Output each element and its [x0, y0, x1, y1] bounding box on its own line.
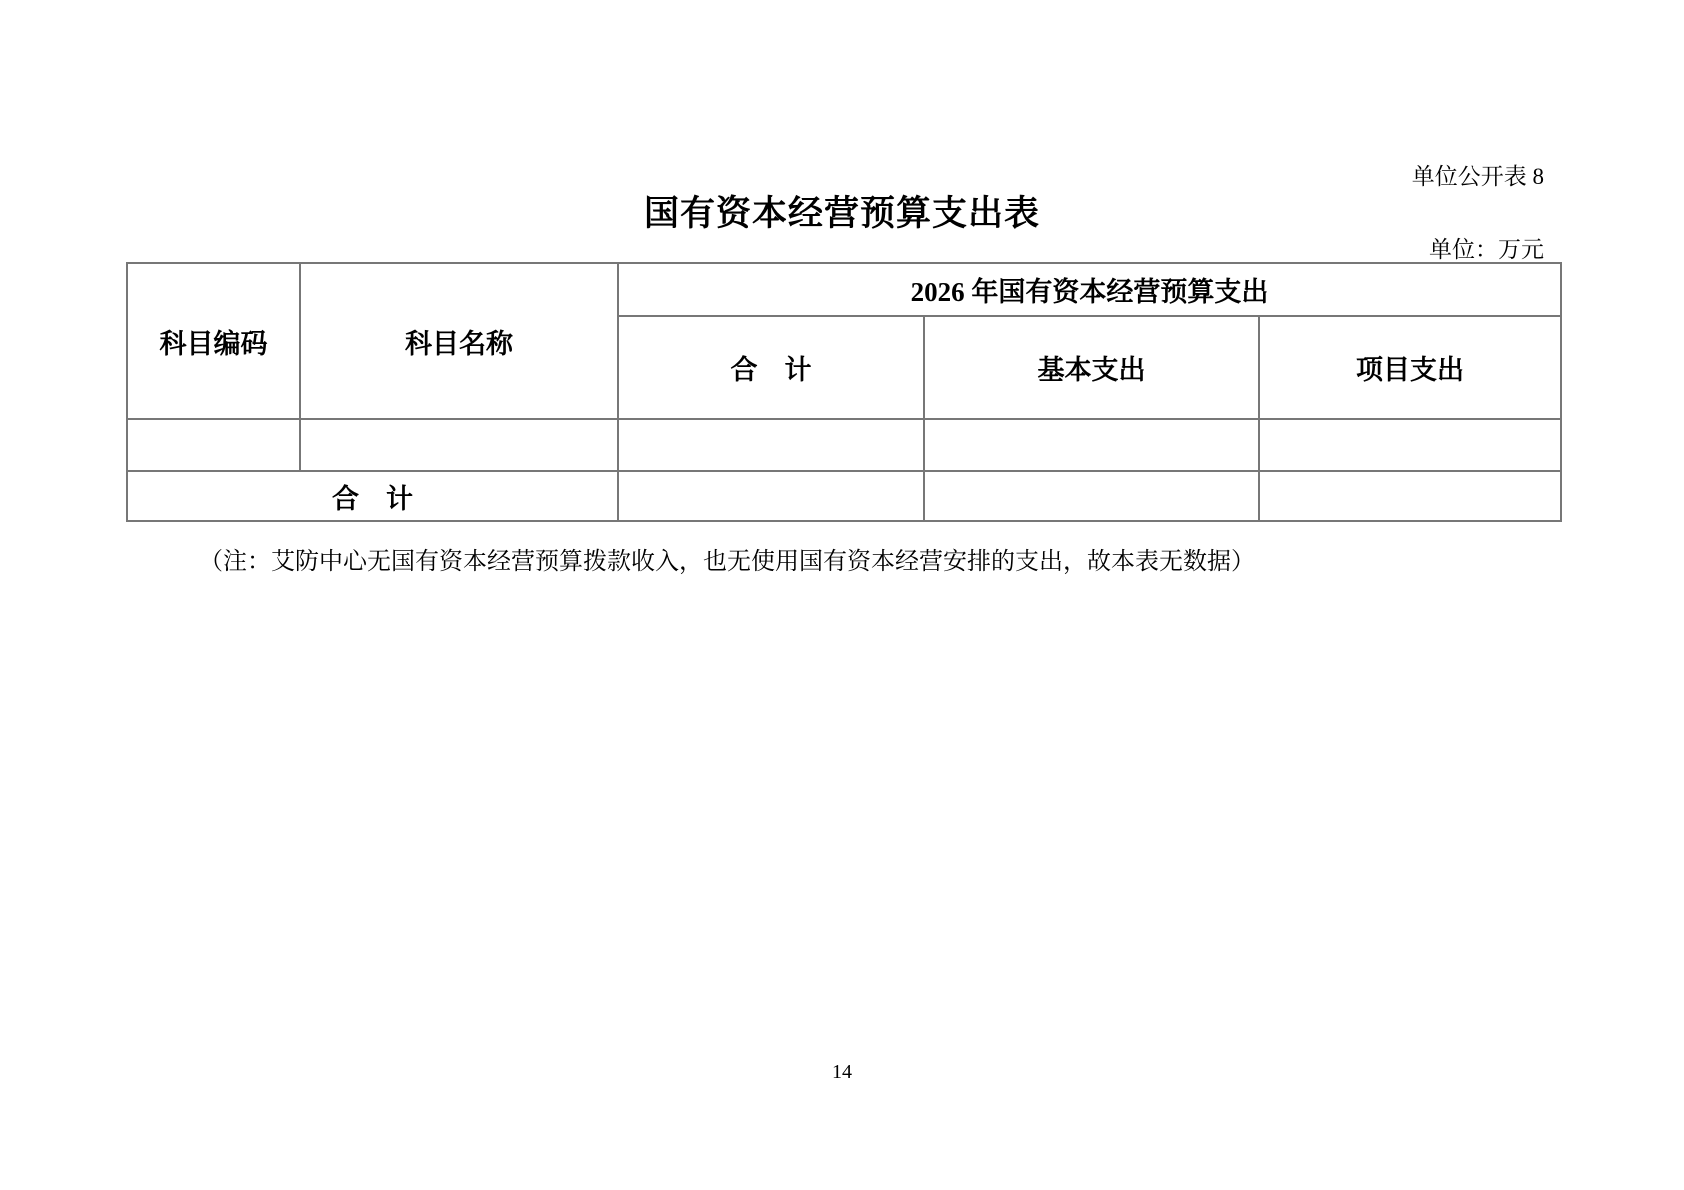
footnote: （注：艾防中心无国有资本经营预算拨款收入，也无使用国有资本经营安排的支出，故本表…: [199, 546, 1255, 578]
header-cell-year-group: 2026 年国有资本经营预算支出: [618, 263, 1561, 316]
table-row-year-header: 科目编码 科目名称 2026 年国有资本经营预算支出: [127, 263, 1561, 316]
document-page: 单位公开表 8 国有资本经营预算支出表 单位：万元 科目编码 科目名称 2026…: [0, 0, 1684, 1190]
data-cell-project: [1259, 419, 1561, 471]
budget-expenditure-table: 科目编码 科目名称 2026 年国有资本经营预算支出 合 计 基本支出 项目支出…: [126, 262, 1562, 522]
data-cell-code: [127, 419, 300, 471]
table-row-data: [127, 419, 1561, 471]
header-cell-subject-code: 科目编码: [127, 263, 300, 419]
total-cell-basic: [924, 471, 1259, 521]
page-title: 国有资本经营预算支出表: [0, 192, 1684, 236]
page-number: 14: [0, 1058, 1684, 1086]
table-row-total: 合 计: [127, 471, 1561, 521]
header-cell-total: 合 计: [618, 316, 924, 419]
data-cell-basic: [924, 419, 1259, 471]
unit-label: 单位：万元: [1429, 236, 1544, 264]
data-cell-total: [618, 419, 924, 471]
header-cell-project-expenditure: 项目支出: [1259, 316, 1561, 419]
total-row-label: 合 计: [127, 471, 618, 521]
header-cell-subject-name: 科目名称: [300, 263, 618, 419]
total-cell-project: [1259, 471, 1561, 521]
total-cell-total: [618, 471, 924, 521]
corner-table-label: 单位公开表 8: [1412, 163, 1544, 191]
header-cell-basic-expenditure: 基本支出: [924, 316, 1259, 419]
data-cell-name: [300, 419, 618, 471]
